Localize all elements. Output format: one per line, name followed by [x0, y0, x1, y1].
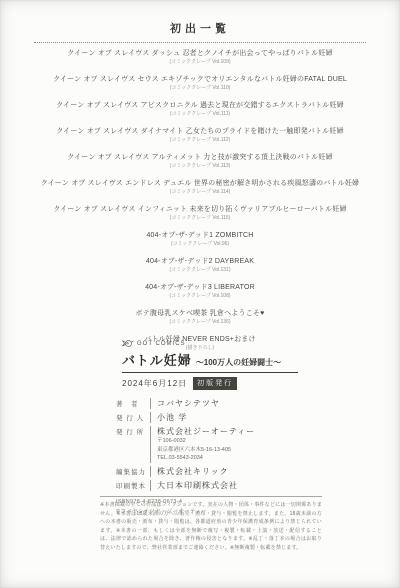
credit-value: 小池 学	[157, 412, 187, 423]
credit-value: 株式会社キリック	[157, 466, 229, 477]
entry-source: (コミッククレープ Vol.110)	[0, 85, 400, 92]
publisher-phone: TEL.03-5543-2034	[157, 455, 255, 463]
credit-label: 印刷製本	[116, 480, 150, 491]
fineprint-divider	[100, 496, 322, 497]
publication-date-row: 2024年6月12日 初版発行	[122, 377, 298, 390]
publication-credits: 著 者 コバヤシテツヤ 発 行 人 小池 学 発 行 所 株式会社ジーオーティー…	[116, 398, 326, 515]
credit-value: コバヤシテツヤ	[157, 398, 220, 409]
publisher-postal-code: 〒106-0032	[157, 438, 255, 446]
publisher-address: 東京都港区六本木5-16-13-405	[157, 447, 255, 455]
credit-row-author: 著 者 コバヤシテツヤ	[116, 398, 326, 409]
credit-label: 著 者	[116, 398, 150, 409]
credit-row-publisher: 発 行 所 株式会社ジーオーティー 〒106-0032 東京都港区六本木5-16…	[116, 426, 326, 463]
entry-source: (コミッククレープ Vol.113)	[0, 163, 400, 170]
entry-source: (コミッククレープ Vol.114)	[0, 189, 400, 196]
dotted-divider	[34, 42, 366, 43]
credit-value: 大日本印刷株式会社	[157, 480, 238, 491]
entry-title: 404-オブ-ザ-デッド1 ZOMBITCH	[0, 231, 400, 240]
list-item: クイーン オブ スレイヴス ダイナマイト 乙女たちのプライドを賭けた一触即発バト…	[0, 127, 400, 144]
credit-label: 編集協力	[116, 466, 150, 477]
list-item: クイーン オブ スレイヴス アビスクロニクル 過去と現在が交錯するエクストラバト…	[0, 101, 400, 118]
book-title-row: バトル妊婦 ～100万人の妊婦闘士～	[122, 350, 298, 373]
list-item: ボテ腹母乳スケベ喫茶 乳倉へようこそ♥ (コミッククレープ Vol.136)	[0, 309, 400, 326]
entry-title: ボテ腹母乳スケベ喫茶 乳倉へようこそ♥	[0, 309, 400, 318]
entry-title: クイーン オブ スレイヴス ダイナマイト 乙女たちのプライドを賭けた一触即発バト…	[0, 127, 400, 136]
imprint-label: GOT COMICS	[137, 341, 186, 347]
credit-value: 株式会社ジーオーティー	[157, 426, 255, 437]
imprint-row: GOT COMICS	[122, 338, 298, 349]
list-item: クイーン オブ スレイヴス セウス エキゾチックでオリエンタルなバトル妊婦のFA…	[0, 75, 400, 92]
list-item: 404-オブ-ザ-デッド1 ZOMBITCH (コミッククレープ Vol.96)	[0, 231, 400, 248]
credit-row-publisher-person: 発 行 人 小池 学	[116, 412, 326, 423]
entry-title: 404-オブ-ザ-デッド3 LIBERATOR	[0, 283, 400, 292]
entry-source: (コミッククレープ Vol.96)	[0, 241, 400, 248]
legal-fineprint: ※本書掲載の全ての作品はフィクションです。実在の人物・団体・事件などには一切関係…	[100, 501, 322, 553]
entry-title: クイーン オブ スレイヴス インフィニット 未来を切り拓くヴァリアブルヒーローバ…	[0, 205, 400, 214]
credit-label: 発 行 人	[116, 412, 150, 423]
colophon-page: 初出一覧 クイーン オブ スレイヴス ダッシュ 忍者とクノイチが出会ってやっぱり…	[0, 0, 400, 588]
entry-title: クイーン オブ スレイヴス セウス エキゾチックでオリエンタルなバトル妊婦のFA…	[0, 75, 400, 84]
list-item: クイーン オブ スレイヴス ダッシュ 忍者とクノイチが出会ってやっぱりバトル妊婦…	[0, 49, 400, 66]
entry-source: (コミッククレープ Vol.115)	[0, 215, 400, 222]
book-title-block: GOT COMICS バトル妊婦 ～100万人の妊婦闘士～ 2024年6月12日…	[122, 338, 298, 390]
first-publication-list: クイーン オブ スレイヴス ダッシュ 忍者とクノイチが出会ってやっぱりバトル妊婦…	[0, 49, 400, 352]
credit-label: 発 行 所	[116, 426, 150, 463]
publication-date: 2024年6月12日	[122, 378, 187, 389]
book-subtitle: ～100万人の妊婦闘士～	[196, 357, 281, 368]
entry-title: クイーン オブ スレイヴス ダッシュ 忍者とクノイチが出会ってやっぱりバトル妊婦	[0, 49, 400, 58]
list-item: 404-オブ-ザ-デッド2 DAYBREAK (コミッククレープ Vol.131…	[0, 257, 400, 274]
entry-title: 404-オブ-ザ-デッド2 DAYBREAK	[0, 257, 400, 266]
list-item: クイーン オブ スレイヴス インフィニット 未来を切り拓くヴァリアブルヒーローバ…	[0, 205, 400, 222]
edition-badge: 初版発行	[193, 377, 237, 390]
credit-row-printing: 印刷製本 大日本印刷株式会社	[116, 480, 326, 491]
entry-source: (コミッククレープ Vol.136)	[0, 319, 400, 326]
book-title: バトル妊婦	[122, 350, 192, 369]
entry-title: クイーン オブ スレイヴス アルティメット 力と技が激突する頂上決戦のバトル妊婦	[0, 153, 400, 162]
entry-source: (コミッククレープ Vol.131)	[0, 267, 400, 274]
entry-source: (コミッククレープ Vol.111)	[0, 111, 400, 118]
entry-title: クイーン オブ スレイヴス アビスクロニクル 過去と現在が交錯するエクストラバト…	[0, 101, 400, 110]
list-item: 404-オブ-ザ-デッド3 LIBERATOR (コミッククレープ Vol.10…	[0, 283, 400, 300]
list-item: クイーン オブ スレイヴス アルティメット 力と技が激突する頂上決戦のバトル妊婦…	[0, 153, 400, 170]
entry-title: クイーン オブ スレイヴス エンドレス デュエル 世界の秘密が解き明かされる疾風…	[0, 179, 400, 188]
entry-source: (コミッククレープ Vol.109)	[0, 59, 400, 66]
credit-row-editing: 編集協力 株式会社キリック	[116, 466, 326, 477]
first-publication-heading: 初出一覧	[0, 0, 400, 36]
entry-source: (コミッククレープ Vol.112)	[0, 137, 400, 144]
entry-source: (コミッククレープ Vol.108)	[0, 293, 400, 300]
list-item: クイーン オブ スレイヴス エンドレス デュエル 世界の秘密が解き明かされる疾風…	[0, 179, 400, 196]
got-comics-mascot-icon	[122, 338, 134, 349]
